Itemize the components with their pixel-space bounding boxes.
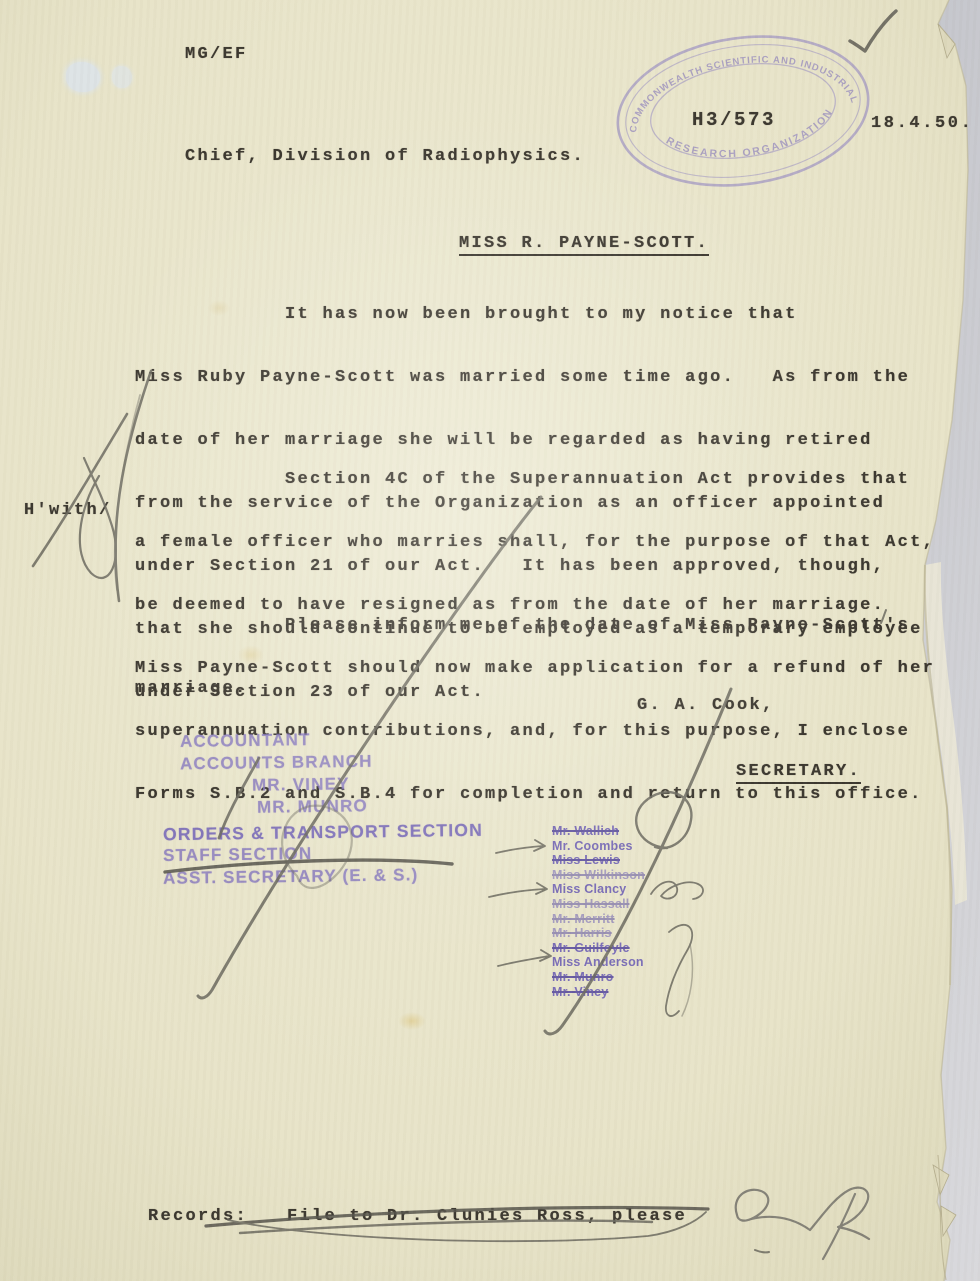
stamp-staff-section: STAFF SECTION [163, 844, 313, 866]
typed-line: Please inform me of the date of Miss Pay… [135, 615, 910, 636]
distribution-name: Mr. Viney [552, 985, 645, 1000]
corner-flap-bottom-2 [941, 1206, 956, 1236]
pencil-checkmark [850, 11, 896, 51]
records-instruction: File to Dr. Clunies Ross, please [287, 1206, 687, 1227]
distribution-arrow-2 [489, 883, 547, 897]
scanned-letter-page: COMMONWEALTH SCIENTIFIC AND INDUSTRIAL R… [0, 0, 980, 1281]
typed-line: It has now been brought to my notice tha… [135, 304, 923, 325]
distribution-arrow-3 [498, 950, 551, 966]
typed-line: Section 4C of the Superannuation Act pro… [135, 469, 935, 490]
distribution-name: Miss Clancy [552, 882, 645, 897]
signature-name: G. A. Cook, [637, 695, 775, 716]
distribution-name: Mr. Merritt [552, 912, 645, 927]
stamp-accounts-branch: ACCOUNTS BRANCH [180, 752, 373, 775]
pencil-squiggle-tail [682, 944, 692, 1016]
file-number: H3/573 [692, 110, 776, 131]
distribution-name: Mr. Guilfoyle [552, 941, 645, 956]
stamp-asst-secretary: ASST. SECRETARY (E. & S.) [163, 865, 419, 889]
distribution-name: Mr. Harris [552, 926, 645, 941]
pencil-dash-mark [755, 1250, 769, 1252]
distribution-name: Mr. Coombes [552, 839, 645, 854]
corner-flap-bottom-1 [933, 1165, 949, 1195]
distribution-list: Mr. Wallich Mr. Coombes Miss Lewis Miss … [552, 824, 645, 999]
stamp-mr-viney: MR. VINEY [252, 774, 350, 795]
reference-code: MG/EF [185, 44, 248, 65]
paper-damage-spot [66, 62, 100, 92]
pencil-squiggle-initials-2 [666, 925, 692, 1016]
typed-line: Miss Ruby Payne-Scott was married some t… [135, 367, 923, 388]
stamp-accountant: ACCOUNTANT [180, 730, 311, 752]
paragraph-3: Please inform me of the date of Miss Pay… [135, 573, 910, 741]
records-label: Records: [148, 1206, 248, 1227]
distribution-name: Miss Anderson [552, 955, 645, 970]
signature-role-text: SECRETARY. [736, 762, 861, 784]
distribution-name: Miss Wilkinson [552, 868, 645, 883]
typed-line: marriage. [135, 678, 910, 699]
bottom-right-crease [938, 1155, 946, 1280]
signature-role: SECRETARY. [686, 740, 861, 803]
stamp-mr-munro: MR. MUNRO [257, 796, 368, 818]
subject-title-text: MISS R. PAYNE-SCOTT. [459, 234, 709, 256]
paper-stain [398, 1012, 426, 1030]
pencil-squiggle-initials-1 [651, 882, 703, 899]
distribution-name: Miss Lewis [552, 853, 645, 868]
stamp-orders-transport: ORDERS & TRANSPORT SECTION [163, 820, 483, 845]
typed-line: a female officer who marries shall, for … [135, 532, 935, 553]
distribution-name: Mr. Munro [552, 970, 645, 985]
date-stamp: 18.4.50. [871, 113, 973, 134]
margin-scribble-stroke-2 [33, 414, 127, 566]
paper-damage-spot [112, 66, 132, 88]
distribution-name: Miss Hassall [552, 897, 645, 912]
handwritten-initials [736, 1188, 869, 1259]
corner-fold-top [938, 24, 955, 58]
margin-note-herewith: H'with/ [24, 500, 112, 521]
distribution-name: Mr. Wallich [552, 824, 645, 839]
recipient-line: Chief, Division of Radiophysics. [185, 146, 585, 167]
